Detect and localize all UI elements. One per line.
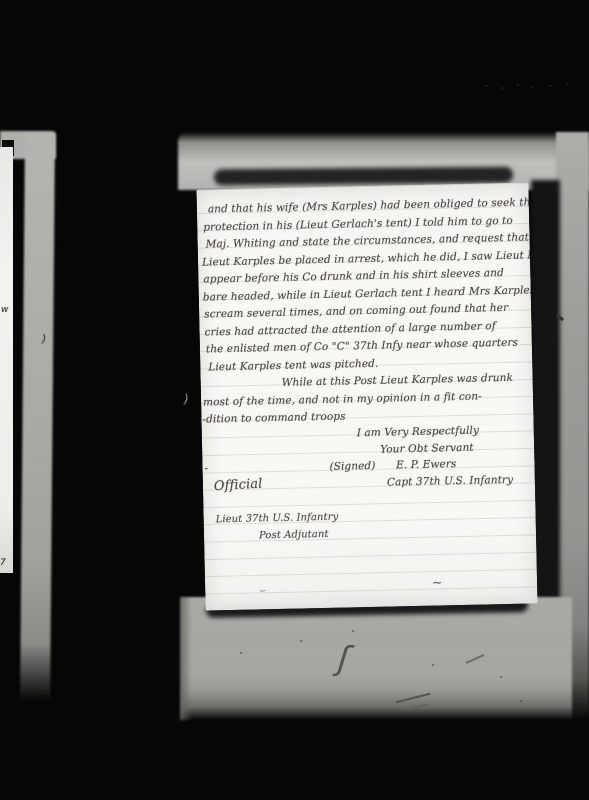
letter-line: most of the time, and not in my opinion … bbox=[203, 389, 482, 409]
page-top-edge-shadow bbox=[214, 167, 513, 186]
page-tilde-mark: ~ bbox=[432, 575, 442, 589]
letter-line: Maj. Whiting and state the circumstances… bbox=[205, 230, 529, 251]
letter-line: -dition to command troops bbox=[202, 409, 345, 426]
left-band-bracket-mark: ) bbox=[42, 332, 46, 346]
left-sliver-numeral-mark: 7 bbox=[0, 556, 6, 570]
letter-line: Lieut Karples tent was pitched. bbox=[208, 357, 378, 375]
left-sliver-mark: w bbox=[1, 303, 8, 317]
page-loop-mark: ⌣ bbox=[258, 583, 266, 597]
letter-line: and that his wife (Mrs Karples) had been… bbox=[208, 195, 537, 216]
film-speck bbox=[566, 83, 569, 85]
endorsement-line: Lieut 37th U.S. Infantry bbox=[216, 511, 339, 528]
left-page-sliver bbox=[0, 147, 13, 573]
closing-respectfully: I am Very Respectfully bbox=[357, 424, 479, 441]
letter-line: appear before his Co drunk and in his sh… bbox=[203, 266, 504, 287]
film-speck bbox=[549, 85, 552, 87]
film-speck bbox=[485, 85, 488, 87]
letter-line: the enlisted men of Co "C" 37th Infy nea… bbox=[206, 336, 518, 357]
film-speck bbox=[501, 87, 504, 89]
microfilm-scan: w 7 ) and that his wife (Mrs Karples) ha… bbox=[0, 0, 589, 800]
backing-speck bbox=[500, 676, 502, 678]
backing-speck bbox=[520, 700, 522, 702]
closing-signature: (Signed) E. P. Ewers bbox=[329, 457, 456, 474]
official-label: Official bbox=[214, 477, 263, 494]
left-frame-backing-band bbox=[20, 133, 55, 701]
backing-speck bbox=[300, 640, 302, 642]
closing-servant: Your Obt Servant bbox=[380, 441, 474, 457]
gutter-bracket-mark: ) bbox=[184, 392, 189, 406]
backing-speck bbox=[432, 664, 434, 666]
letter-line: While at this Post Lieut Karples was dru… bbox=[282, 371, 514, 390]
backing-speck bbox=[240, 652, 242, 654]
backing-flourish-mark: ʃ bbox=[337, 651, 350, 666]
endorsement-line: Post Adjutant bbox=[259, 528, 329, 544]
margin-dash: - bbox=[204, 461, 208, 475]
letter-line: scream several times, and on coming out … bbox=[204, 301, 508, 322]
backing-speck bbox=[352, 630, 354, 632]
closing-rank: Capt 37th U.S. Infantry bbox=[387, 473, 514, 490]
letter-page: and that his wife (Mrs Karples) had been… bbox=[196, 182, 537, 610]
film-speck bbox=[516, 84, 519, 86]
film-speck bbox=[531, 86, 534, 88]
